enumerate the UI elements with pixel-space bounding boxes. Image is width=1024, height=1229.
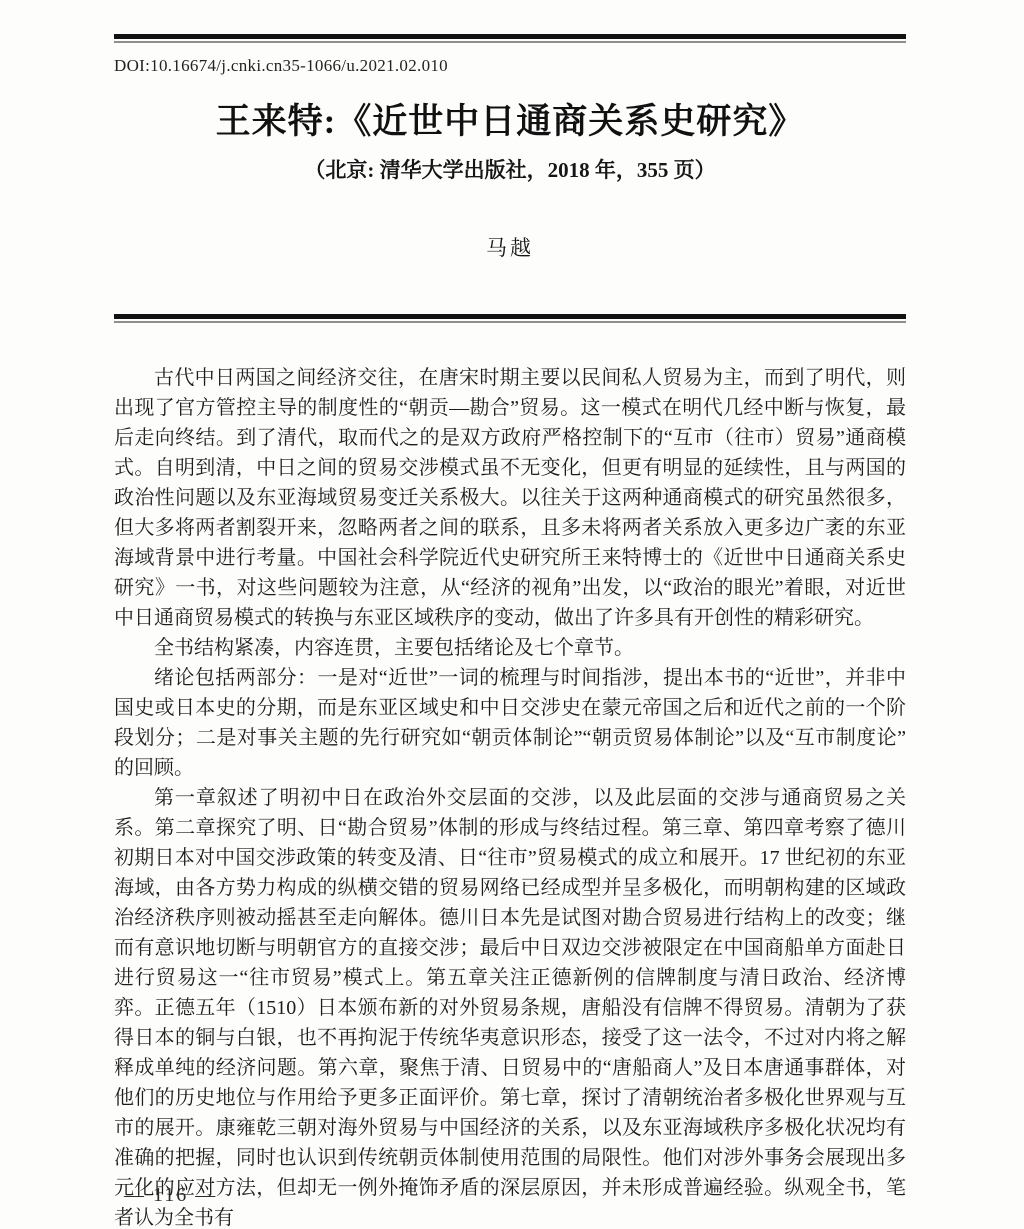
journal-page: DOI:10.16674/j.cnki.cn35-1066/u.2021.02.… (0, 0, 1024, 1229)
mid-rule (114, 314, 906, 323)
page-number: — 116 — (124, 1184, 217, 1207)
paragraph-structure: 全书结构紧凑，内容连贯，主要包括绪论及七个章节。 (114, 633, 906, 663)
top-rule (114, 34, 906, 43)
article-body: 古代中日两国之间经济交往，在唐宋时期主要以民间私人贸易为主，而到了明代，则出现了… (114, 363, 906, 1229)
publication-info: （北京: 清华大学出版社，2018 年，355 页） (114, 154, 906, 184)
paragraph-chapters: 第一章叙述了明初中日在政治外交层面的交涉，以及此层面的交涉与通商贸易之关系。第二… (114, 783, 906, 1229)
page-title: 王来特:《近世中日通商关系史研究》 (114, 100, 906, 144)
paragraph-intro: 古代中日两国之间经济交往，在唐宋时期主要以民间私人贸易为主，而到了明代，则出现了… (114, 363, 906, 633)
paragraph-preface: 绪论包括两部分：一是对“近世”一词的梳理与时间指涉，提出本书的“近世”，并非中国… (114, 663, 906, 783)
author-name: 马越 (114, 232, 906, 262)
doi-label: DOI:10.16674/j.cnki.cn35-1066/u.2021.02.… (114, 56, 906, 76)
